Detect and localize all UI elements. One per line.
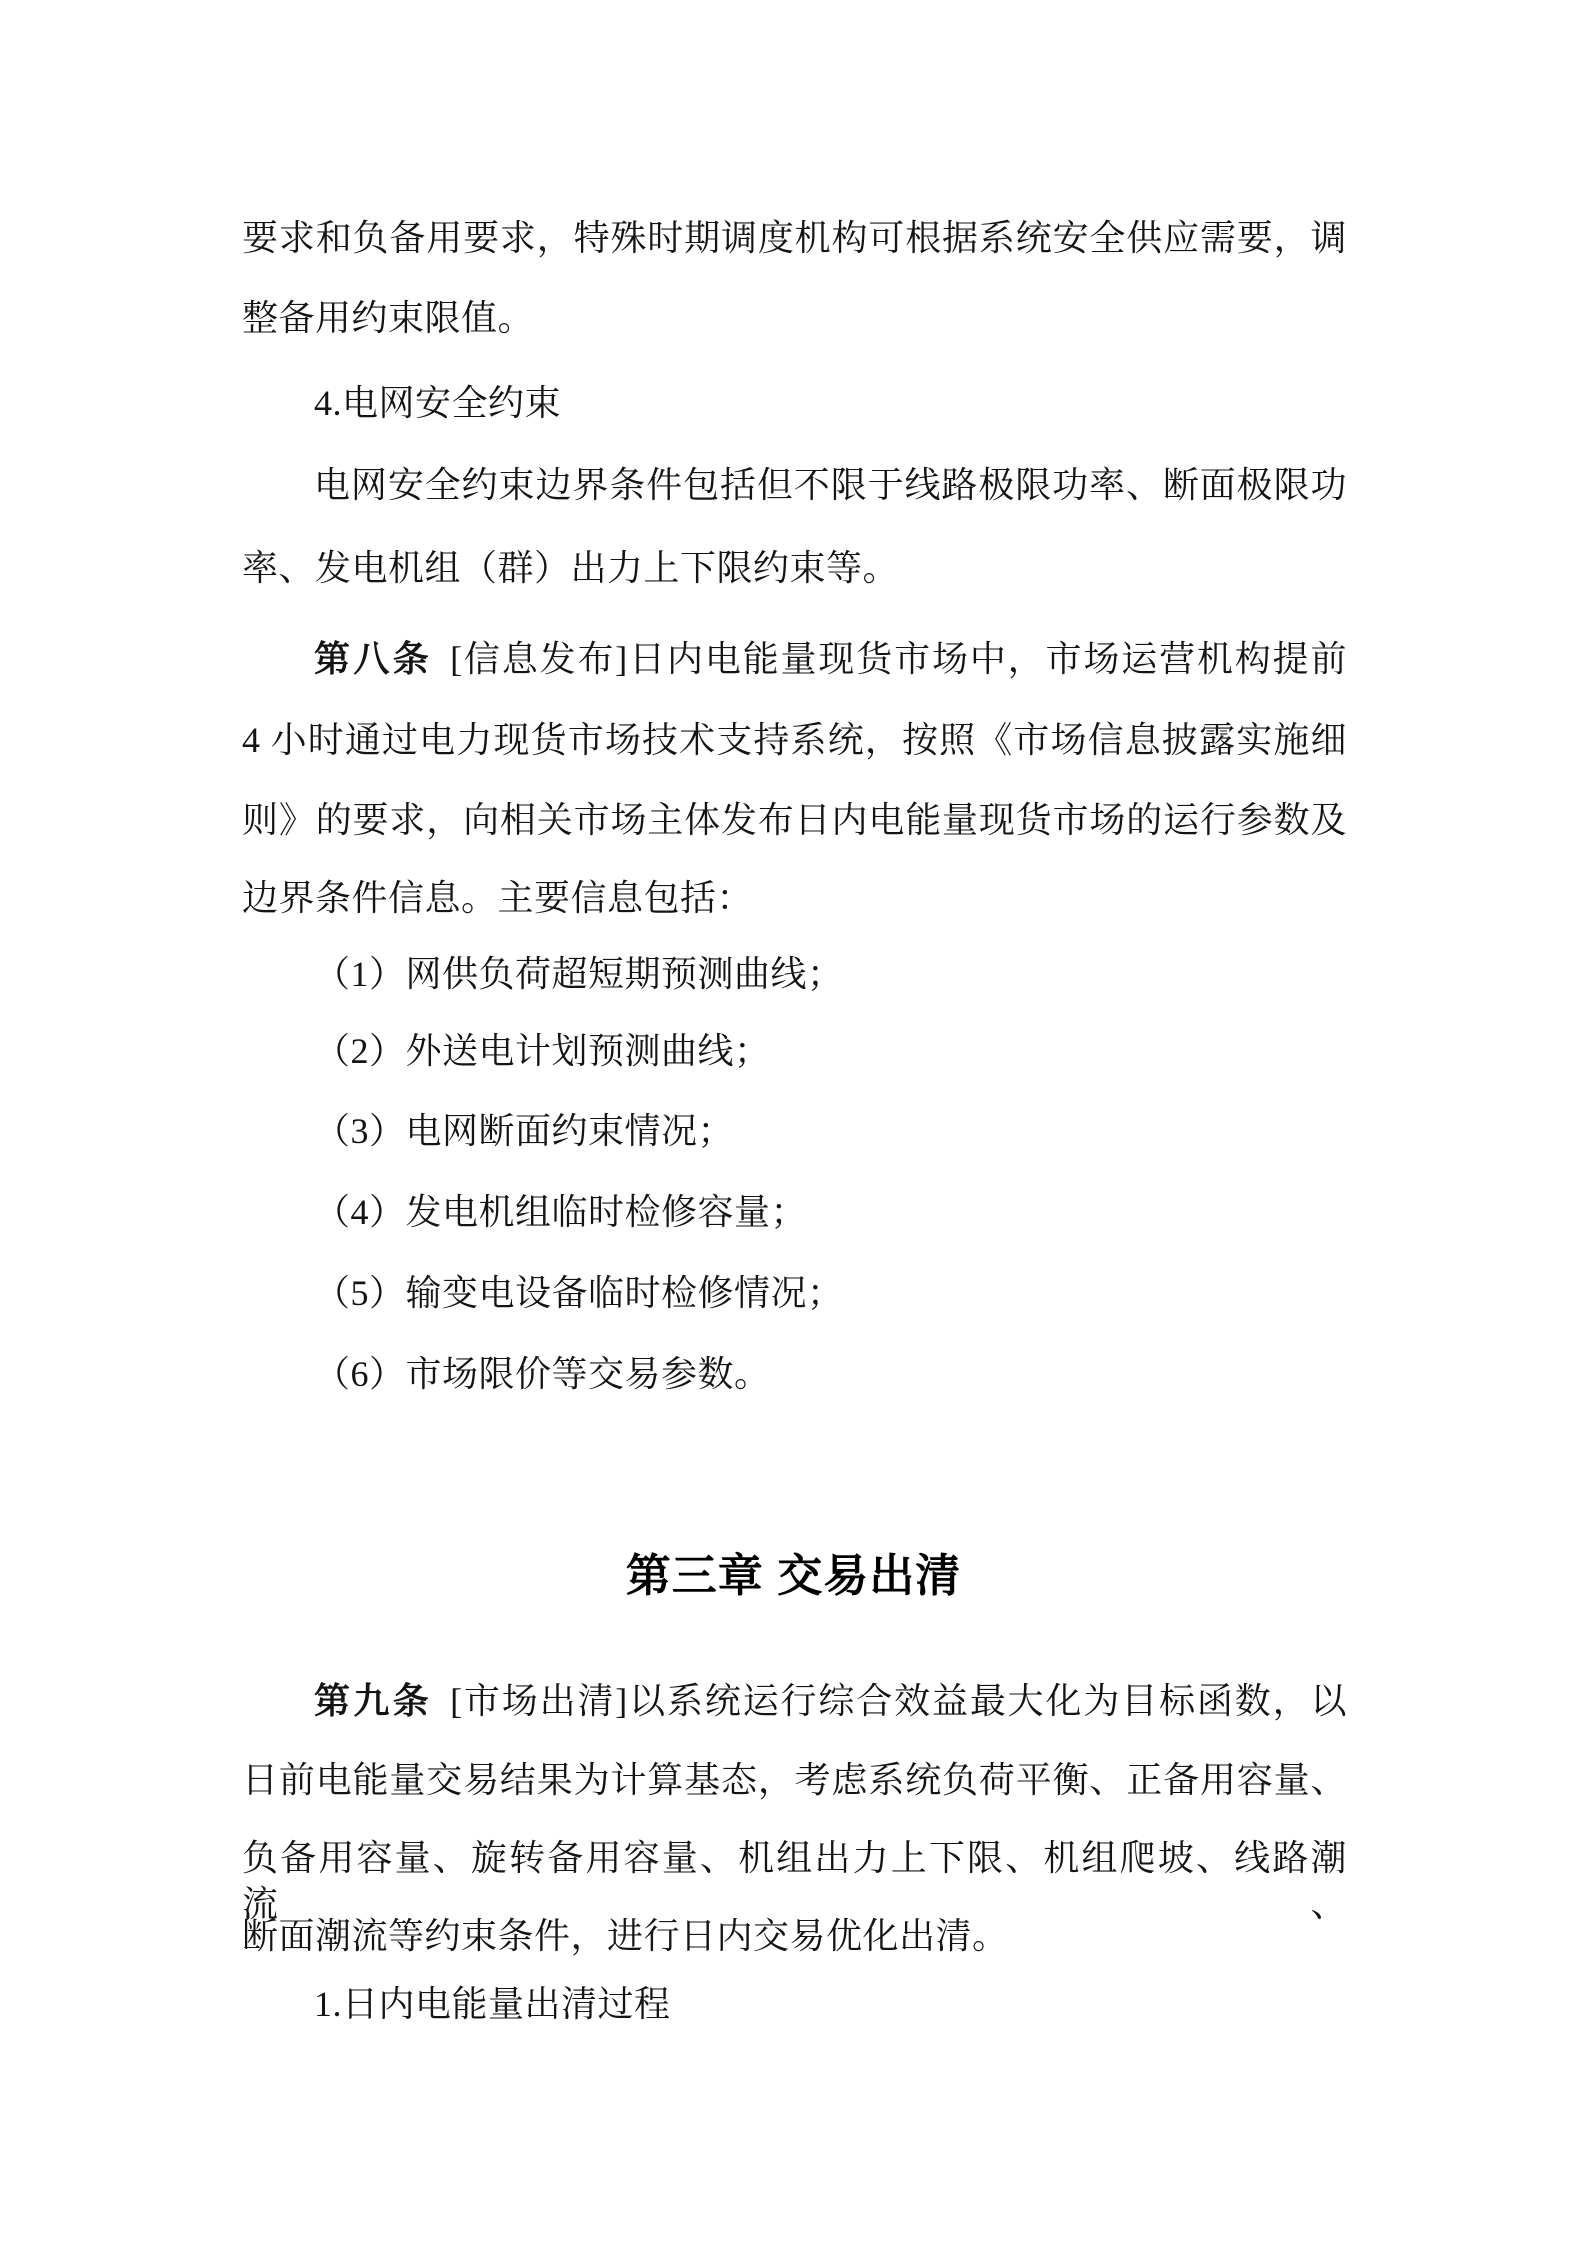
text-column: 要求和负备用要求，特殊时期调度机构可根据系统安全供应需要，调 整备用约束限值。 … [242,0,1347,2245]
text-line: 4 小时通过电力现货市场技术支持系统，按照《市场信息披露实施细 [242,717,1347,763]
list-item-3: （3）电网断面约束情况； [242,1108,1347,1154]
chapter-heading: 第三章 交易出清 [0,1548,1587,1604]
list-item-4: 4.电网安全约束 [242,380,1347,426]
text-line: 日前电能量交易结果为计算基态，考虑系统负荷平衡、正备用容量、 [242,1757,1347,1803]
text-line: 边界条件信息。主要信息包括： [242,875,1347,921]
article-8-number: 第八条 [314,638,432,679]
list-item-6: （6）市场限价等交易参数。 [242,1351,1347,1397]
list-item-1: （1）网供负荷超短期预测曲线； [242,951,1347,997]
list-item-4: （4）发电机组临时检修容量； [242,1189,1347,1235]
text-line: 率、发电机组（群）出力上下限约束等。 [242,545,1347,591]
text-line: 电网安全约束边界条件包括但不限于线路极限功率、断面极限功 [242,462,1347,508]
text-line: 断面潮流等约束条件，进行日内交易优化出清。 [242,1913,1347,1959]
list-item-2: （2）外送电计划预测曲线； [242,1028,1347,1074]
article-9-number: 第九条 [314,1680,432,1721]
text-line: 负备用容量、旋转备用容量、机组出力上下限、机组爬坡、线路潮流、 [242,1835,1347,1881]
article-8-text: [信息发布]日内电能量现货市场中，市场运营机构提前 [450,639,1347,679]
list-item-5: （5）输变电设备临时检修情况； [242,1270,1347,1316]
article-9-line: 第九条[市场出清]以系统运行综合效益最大化为目标函数，以 [242,1678,1347,1724]
text-line: 则》的要求，向相关市场主体发布日内电能量现货市场的运行参数及 [242,797,1347,843]
text-line: 整备用约束限值。 [242,295,1347,341]
list-item-1-process: 1.日内电能量出清过程 [242,1981,1347,2027]
article-9-text: [市场出清]以系统运行综合效益最大化为目标函数，以 [450,1681,1347,1721]
document-page: 要求和负备用要求，特殊时期调度机构可根据系统安全供应需要，调 整备用约束限值。 … [0,0,1587,2245]
text-line: 要求和负备用要求，特殊时期调度机构可根据系统安全供应需要，调 [242,215,1347,261]
article-8-line: 第八条[信息发布]日内电能量现货市场中，市场运营机构提前 [242,636,1347,682]
